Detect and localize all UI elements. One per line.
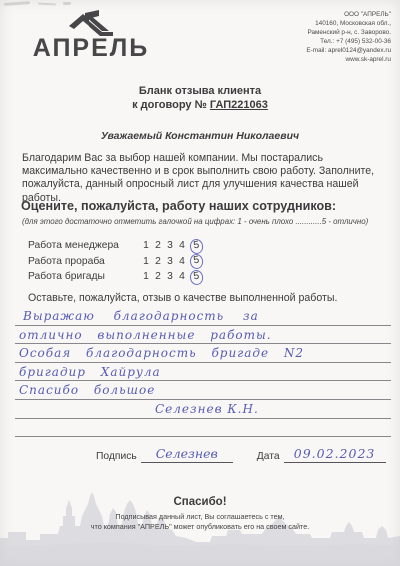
handwriting: Спасибо большое	[19, 383, 155, 397]
date-label: Дата	[257, 451, 280, 463]
rating-label: Работа менеджера	[28, 238, 140, 254]
rating-label: Работа прораба	[28, 254, 140, 270]
company-address-block: ООО "АПРЕЛЬ" 140160, Московская обл., Ра…	[306, 10, 391, 64]
rating-number-5-circled: 5	[189, 269, 204, 285]
company-postcode: 140160, Московская обл.,	[306, 19, 391, 28]
signature-label: Подпись	[96, 451, 137, 463]
scanned-feedback-form: АПРЕЛЬ ООО "АПРЕЛЬ" 140160, Московская о…	[0, 0, 400, 566]
signature-value: Селезнев	[141, 446, 233, 463]
footer-thanks: Спасибо!	[0, 496, 400, 508]
rating-row-manager: Работа менеджера 1 2 3 4 5	[28, 238, 203, 254]
rating-number-3: 3	[164, 238, 176, 254]
review-line-2: отлично выполненные работы.	[15, 326, 391, 345]
handwriting: бригадир Хайрула	[19, 365, 161, 379]
footer-consent-line1: Подписывая данный лист, Вы соглашаетесь …	[0, 512, 400, 522]
company-logo: АПРЕЛЬ	[26, 10, 156, 60]
rating-number-1: 1	[140, 238, 152, 254]
review-line-4: бригадир Хайрула	[15, 363, 391, 382]
roof-logo-icon	[69, 10, 113, 36]
contract-number: ГАП221063	[210, 99, 268, 111]
form-title-line1: Бланк отзыва клиента	[0, 84, 400, 98]
handwriting-signature-name: Селезнев К.Н.	[155, 402, 259, 416]
rating-number-5-circled: 5	[189, 253, 204, 269]
company-name: ООО "АПРЕЛЬ"	[306, 10, 391, 19]
company-logo-text: АПРЕЛЬ	[26, 36, 156, 60]
review-line-7	[15, 419, 391, 438]
rating-label: Работа бригады	[28, 269, 140, 285]
handwriting: Выражаю благодарность за	[23, 309, 259, 323]
review-prompt: Оставьте, пожалуйста, отзыв о качестве в…	[28, 292, 337, 304]
ratings-heading: Оцените, пожалуйста, работу наших сотруд…	[21, 199, 336, 213]
rating-number-5-circled: 5	[189, 238, 204, 254]
greeting-line: Уважаемый Константин Николаевич	[0, 130, 400, 142]
intro-paragraph: Благодарим Вас за выбор нашей компании. …	[22, 152, 384, 205]
contract-prefix: к договору №	[132, 99, 210, 111]
rating-row-foreman: Работа прораба 1 2 3 4 5	[28, 254, 203, 270]
signature-row: Подпись Селезнев Дата 09.02.2023	[0, 446, 400, 463]
scan-artifact	[38, 3, 56, 6]
rating-scale: 1 2 3 4 5	[140, 254, 203, 270]
rating-scale: 1 2 3 4 5	[140, 238, 203, 254]
handwriting: Особая благодарность бригаде N2	[19, 346, 304, 360]
rating-number-1: 1	[140, 269, 152, 285]
rating-number-4: 4	[176, 254, 188, 270]
rating-number-3: 3	[164, 254, 176, 270]
ratings-table: Работа менеджера 1 2 3 4 5 Работа прораб…	[28, 238, 203, 285]
rating-number-4: 4	[176, 269, 188, 285]
review-line-6: Селезнев К.Н.	[15, 400, 391, 419]
ratings-subnote: (для этого достаточно отметить галочкой …	[22, 217, 368, 226]
rating-number-2: 2	[152, 269, 164, 285]
scan-artifact	[63, 2, 71, 5]
company-website: www.sk-aprel.ru	[306, 55, 391, 64]
scan-artifact	[4, 1, 30, 6]
review-line-5: Спасибо большое	[15, 381, 391, 400]
rating-number-2: 2	[152, 254, 164, 270]
company-phone: Тел.: +7 (495) 532-00-36	[306, 37, 391, 46]
footer-consent-note: Подписывая данный лист, Вы соглашаетесь …	[0, 512, 400, 531]
company-district: Раменский р-н, с. Заворово.	[306, 28, 391, 37]
review-line-3: Особая благодарность бригаде N2	[15, 344, 391, 363]
footer-consent-line2: что компания "АПРЕЛЬ" может опубликовать…	[0, 522, 400, 532]
company-email: E-mail: aprel0124@yandex.ru	[306, 46, 391, 55]
rating-number-2: 2	[152, 238, 164, 254]
rating-row-crew: Работа бригады 1 2 3 4 5	[28, 269, 203, 285]
date-value: 09.02.2023	[284, 446, 386, 463]
form-title-line2: к договору № ГАП221063	[0, 98, 400, 112]
rating-number-1: 1	[140, 254, 152, 270]
rating-number-3: 3	[164, 269, 176, 285]
review-line-1: Выражаю благодарность за	[15, 307, 391, 326]
handwriting: отлично выполненные работы.	[19, 328, 272, 342]
form-title: Бланк отзыва клиента к договору № ГАП221…	[0, 84, 400, 112]
rating-scale: 1 2 3 4 5	[140, 269, 203, 285]
review-handwritten-area: Выражаю благодарность за отлично выполне…	[15, 307, 391, 437]
rating-number-4: 4	[176, 238, 188, 254]
